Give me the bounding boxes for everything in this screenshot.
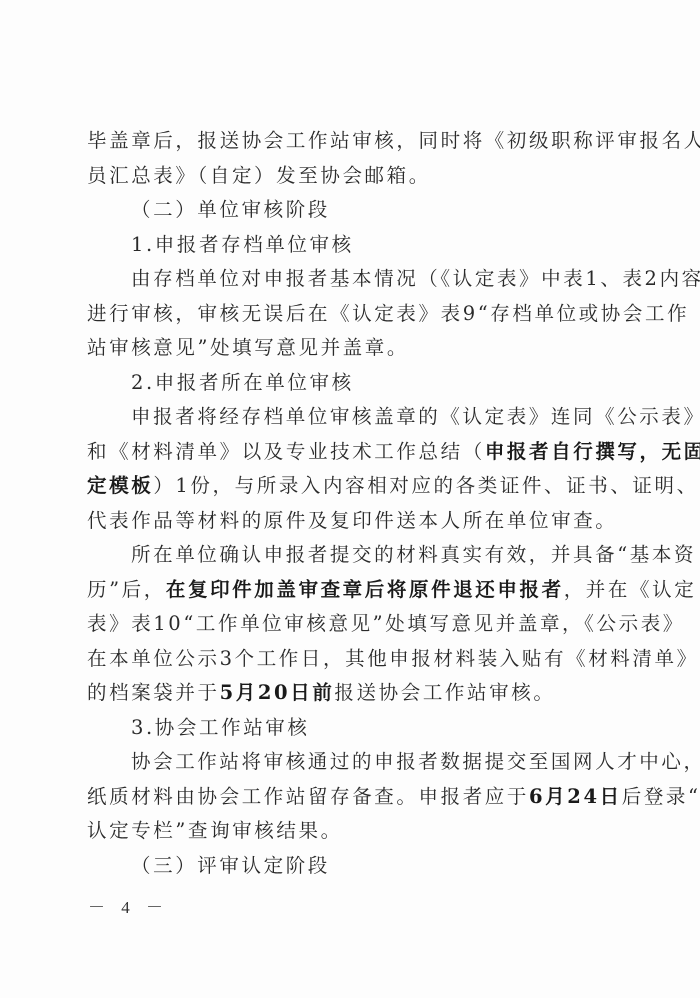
page-number: － 4 － [88,893,169,918]
text-line: 历”后，在复印件加盖审查章后将原件退还申报者，并在《认定 [87,573,627,608]
text-segment: 报送协会工作站审核。 [334,681,555,704]
text-line: 定模板）1份，与所录入内容相对应的各类证件、证书、证明、 [87,469,627,504]
subsection-heading-employer-review: 2.申报者所在单位审核 [87,366,627,401]
text-line: 在本单位公示3个工作日，其他申报材料装入贴有《材料清单》 [87,642,627,677]
heading-text: 1.申报者存档单位审核 [131,233,354,256]
text-segment: 和《材料清单》以及专业技术工作总结（ [87,440,485,463]
bold-result-date: 6月24日 [529,785,622,808]
text-line: 员汇总表》（自定）发至协会邮箱。 [87,159,627,194]
text-segment: 毕盖章后，报送协会工作站审核，同时将《初级职称评审报名人 [87,129,700,152]
text-segment: 后登录“ [622,785,700,808]
document-body: 毕盖章后，报送协会工作站审核，同时将《初级职称评审报名人 员汇总表》（自定）发至… [87,124,627,883]
heading-text: 3.协会工作站审核 [131,716,310,739]
text-line: 协会工作站将审核通过的申报者数据提交至国网人才中心， [87,745,627,780]
bold-text-segment: 在复印件加盖审查章后将原件退还申报者 [166,578,564,601]
text-line: 进行审核，审核无误后在《认定表》表9“存档单位或协会工作 [87,297,627,332]
text-line: 表》表10“工作单位审核意见”处填写意见并盖章，《公示表》 [87,607,627,642]
text-line: 毕盖章后，报送协会工作站审核，同时将《初级职称评审报名人 [87,124,627,159]
text-line: 所在单位确认申报者提交的材料真实有效，并具备“基本资 [87,538,627,573]
bold-deadline-date: 5月20日前 [220,681,335,704]
bold-text-segment: 定模板 [87,474,153,497]
text-segment: 所在单位确认申报者提交的材料真实有效，并具备“基本资 [131,543,696,566]
text-segment: 纸质材料由协会工作站留存备查。申报者应于 [87,785,529,808]
heading-text: （三）评审认定阶段 [131,854,330,877]
text-segment: 表》表10“工作单位审核意见”处填写意见并盖章，《公示表》 [87,612,685,635]
document-page: 毕盖章后，报送协会工作站审核，同时将《初级职称评审报名人 员汇总表》（自定）发至… [0,0,700,998]
section-heading-unit-review: （二）单位审核阶段 [87,193,627,228]
text-segment: 员汇总表》（自定）发至协会邮箱。 [87,164,431,187]
text-segment: 站审核意见”处填写意见并盖章。 [87,336,409,359]
heading-text: 2.申报者所在单位审核 [131,371,354,394]
text-segment: 由存档单位对申报者基本情况（《认定表》中表1、表2内容） [131,267,700,290]
text-line: 认定专栏”查询审核结果。 [87,814,627,849]
text-segment: ，并在《认定 [564,578,697,601]
text-line: 纸质材料由协会工作站留存备查。申报者应于6月24日后登录“ [87,780,627,815]
text-segment: 在本单位公示3个工作日，其他申报材料装入贴有《材料清单》 [87,647,699,670]
text-line: 的档案袋并于5月20日前报送协会工作站审核。 [87,676,627,711]
heading-text: （二）单位审核阶段 [131,198,330,221]
subsection-heading-archive-unit-review: 1.申报者存档单位审核 [87,228,627,263]
text-line: 和《材料清单》以及专业技术工作总结（申报者自行撰写，无固 [87,435,627,470]
text-segment: 申报者将经存档单位审核盖章的《认定表》连同《公示表》 [131,405,700,428]
text-segment: 历”后， [87,578,166,601]
text-line: 由存档单位对申报者基本情况（《认定表》中表1、表2内容） [87,262,627,297]
text-segment: 的档案袋并于 [87,681,220,704]
section-heading-evaluation-stage: （三）评审认定阶段 [87,849,627,884]
text-segment: 认定专栏”查询审核结果。 [87,819,343,842]
text-line: 申报者将经存档单位审核盖章的《认定表》连同《公示表》 [87,400,627,435]
text-line: 代表作品等材料的原件及复印件送本人所在单位审查。 [87,504,627,539]
text-segment: ）1份，与所录入内容相对应的各类证件、证书、证明、 [153,474,698,497]
text-segment: 协会工作站将审核通过的申报者数据提交至国网人才中心， [131,750,700,773]
subsection-heading-association-review: 3.协会工作站审核 [87,711,627,746]
text-segment: 代表作品等材料的原件及复印件送本人所在单位审查。 [87,509,617,532]
bold-text-segment: 申报者自行撰写，无固 [485,440,700,463]
text-segment: 进行审核，审核无误后在《认定表》表9“存档单位或协会工作 [87,302,689,325]
text-line: 站审核意见”处填写意见并盖章。 [87,331,627,366]
